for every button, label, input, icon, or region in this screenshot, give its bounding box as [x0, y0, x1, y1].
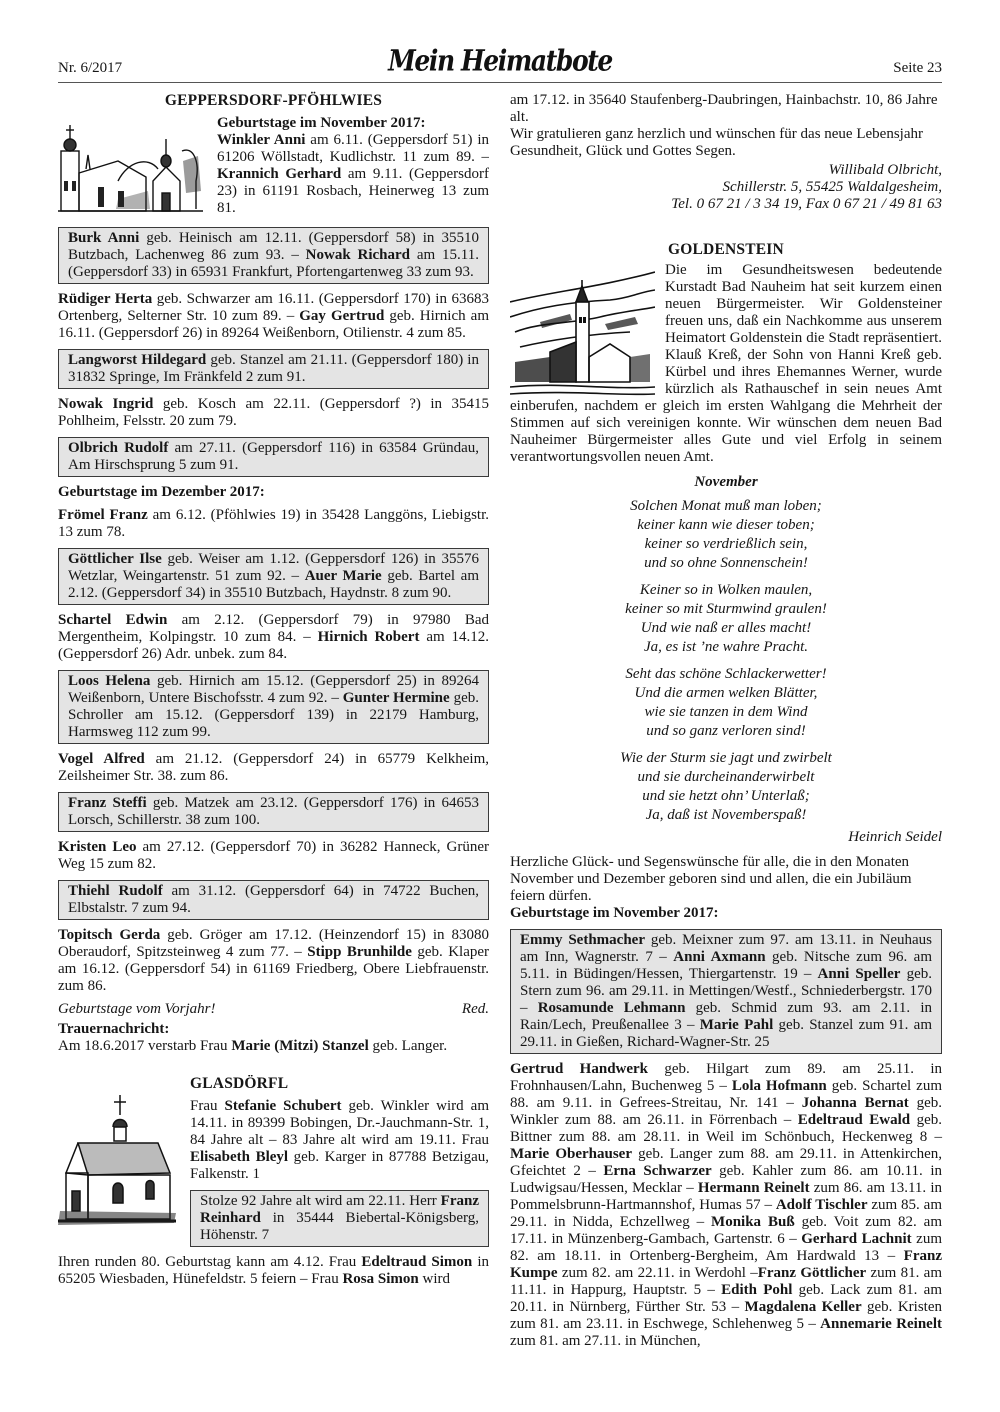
mourning-heading: Trauernachricht: [58, 1021, 489, 1038]
person-name: Monika Buß [711, 1214, 795, 1230]
text: wird [419, 1271, 450, 1287]
person-name: Vogel Alfred [58, 751, 145, 767]
poem-line: Und die armen welken Blätter, [510, 684, 942, 703]
person-name: Nowak Ingrid [58, 396, 153, 412]
highlighted-birthday-entry: Olbrich Rudolf am 27.11. (Geppersdorf 11… [58, 437, 489, 477]
november-highlight-box: Emmy Sethmacher geb. Meixner zum 97. am … [510, 929, 942, 1054]
highlighted-birthday-entry: Burk Anni geb. Heinisch am 12.11. (Geppe… [58, 227, 489, 284]
person-name: Kristen Leo [58, 839, 137, 855]
poem-line: Keiner so in Wolken maulen, [510, 581, 942, 600]
text: Frau [190, 1098, 225, 1114]
poem-line: und sie hetzt ohn’ Unterlaß; [510, 787, 942, 806]
continuation-text: am 17.12. in 35640 Staufenberg-Daubringe… [510, 92, 942, 126]
poem-author: Heinrich Seidel [510, 829, 942, 846]
person-name: Anni Speller [818, 966, 901, 982]
text: Ihren runden 80. Geburtstag kann am 4.12… [58, 1254, 361, 1270]
birthday-entry: Topitsch Gerda geb. Gröger am 17.12. (He… [58, 927, 489, 995]
person-name: Anni Axmann [673, 949, 765, 965]
poem-stanza: Solchen Monat muß man loben; keiner kann… [510, 497, 942, 573]
left-column: GEPPERSDORF-PFÖHLWIES [58, 92, 489, 1288]
poem-line: Ja, daß ist Novemberspaß! [510, 806, 942, 825]
signature-name: Willibald Olbricht, [510, 162, 942, 179]
mourning-text: Am 18.6.2017 verstarb Frau Marie (Mitzi)… [58, 1038, 489, 1055]
person-name: Erna Schwarzer [603, 1163, 711, 1179]
person-name: Gertrud Handwerk [510, 1061, 648, 1077]
person-name: Winkler Anni [217, 132, 305, 148]
person-name: Johanna Bernat [802, 1095, 909, 1111]
poem-line: und sie durcheinanderwirbelt [510, 768, 942, 787]
person-name: Stipp Brunhilde [307, 944, 412, 960]
person-name: Göttlicher Ilse [68, 551, 162, 567]
village-church-illustration-icon [58, 121, 203, 216]
highlighted-birthday-entry: Göttlicher Ilse geb. Weiser am 1.12. (Ge… [58, 548, 489, 605]
person-name: Franz Steffi [68, 795, 147, 811]
person-name: Auer Marie [305, 568, 382, 584]
entry-text: zum 82. am 22.11. in Werdohl – [558, 1265, 758, 1281]
person-name: Adolf Tischler [776, 1197, 868, 1213]
person-name: Franz Göttlicher [758, 1265, 866, 1281]
page-header: Nr. 6/2017 Mein Heimatbote Seite 23 [58, 50, 942, 83]
birthday-entry: Vogel Alfred am 21.12. (Geppersdorf 24) … [58, 751, 489, 785]
section-title-goldenstein: GOLDENSTEIN [668, 241, 942, 258]
chapel-illustration-icon [58, 1093, 176, 1233]
person-name: Krannich Gerhard [217, 166, 341, 182]
right-column: am 17.12. in 35640 Staufenberg-Daubringe… [510, 92, 942, 1350]
poem-stanza: Seht das schöne Schlackerwetter! Und die… [510, 665, 942, 741]
person-name: Elisabeth Bleyl [190, 1149, 288, 1165]
masthead-logo: Mein Heimatbote [388, 44, 612, 77]
person-name: Olbrich Rudolf [68, 440, 168, 456]
town-church-illustration-icon [510, 262, 655, 397]
highlighted-birthday-entry: Thiehl Rudolf am 31.12. (Geppersdorf 64)… [58, 880, 489, 920]
highlight-box: Stolze 92 Jahre alt wird am 22.11. Herr … [190, 1190, 489, 1247]
november-heading-right: Geburtstage im November 2017: [510, 905, 942, 922]
person-name: Lola Hofmann [732, 1078, 827, 1094]
person-name: Hermann Reinelt [698, 1180, 810, 1196]
birthday-entry: Kristen Leo am 27.12. (Geppersdorf 70) i… [58, 839, 489, 873]
editor-note: Geburtstage vom Vorjahr! Red. [58, 1001, 489, 1018]
poem-stanza: Wie der Sturm sie jagt und zwirbelt und … [510, 749, 942, 825]
person-name: Emmy Sethmacher [520, 932, 645, 948]
december-heading: Geburtstage im Dezember 2017: [58, 484, 489, 501]
person-name: Burk Anni [68, 230, 139, 246]
author-signature: Willibald Olbricht, Schillerstr. 5, 5542… [510, 162, 942, 213]
birthday-entry: Nowak Ingrid geb. Kosch am 22.11. (Geppe… [58, 396, 489, 430]
person-name: Rosa Simon [342, 1271, 418, 1287]
person-name: Thiehl Rudolf [68, 883, 163, 899]
person-name: Marie (Mitzi) Stanzel [231, 1038, 368, 1054]
person-name: Loos Helena [68, 673, 150, 689]
note-signature: Red. [462, 1001, 489, 1018]
person-name: Langworst Hildegard [68, 352, 206, 368]
person-name: Schartel Edwin [58, 612, 167, 628]
person-name: Topitsch Gerda [58, 927, 160, 943]
highlighted-birthday-entry: Loos Helena geb. Hirnich am 15.12. (Gepp… [58, 670, 489, 744]
person-name: Stefanie Schubert [225, 1098, 342, 1114]
poem-line: keiner so mit Sturmwind graulen! [510, 600, 942, 619]
person-name: Marie Pahl [700, 1017, 774, 1033]
person-name: Hirnich Robert [318, 629, 420, 645]
person-name: Rosamunde Lehmann [538, 1000, 686, 1016]
poem-line: Ja, es ist ’ne wahre Pracht. [510, 638, 942, 657]
glasdoerfl-text-2: Ihren runden 80. Geburtstag kann am 4.12… [58, 1254, 489, 1288]
section-title-geppersdorf: GEPPERSDORF-PFÖHLWIES [58, 92, 489, 109]
text: Stolze 92 Jahre alt wird am 22.11. Herr [200, 1193, 441, 1209]
december-entries: Frömel Franz am 6.12. (Pföhlwies 19) in … [58, 507, 489, 995]
page-number: Seite 23 [893, 60, 942, 77]
poem: Solchen Monat muß man loben; keiner kann… [510, 497, 942, 825]
person-name: Gerhard Lachnit [801, 1231, 911, 1247]
poem-line: Solchen Monat muß man loben; [510, 497, 942, 516]
person-name: Gunter Hermine [343, 690, 450, 706]
november-list: Gertrud Handwerk geb. Hilgart zum 89. am… [510, 1061, 942, 1350]
highlighted-birthday-entry: Franz Steffi geb. Matzek am 23.12. (Gepp… [58, 792, 489, 832]
issue-number: Nr. 6/2017 [58, 60, 122, 77]
poem-line: und so ganz verloren sind! [510, 722, 942, 741]
poem-line: keiner so verdrießlich sein, [510, 535, 942, 554]
greeting-text: Herzliche Glück- und Segenswünsche für a… [510, 854, 942, 905]
mourning-post: geb. Langer. [369, 1038, 447, 1054]
signature-address: Schillerstr. 5, 55425 Waldalgesheim, [510, 179, 942, 196]
birthday-entry: Frömel Franz am 6.12. (Pföhlwies 19) in … [58, 507, 489, 541]
person-name: Edith Pohl [721, 1282, 792, 1298]
person-name: Rüdiger Herta [58, 291, 152, 307]
poem-line: Seht das schöne Schlackerwetter! [510, 665, 942, 684]
poem-line: und so ohne Sonnenschein! [510, 554, 942, 573]
birthday-entry: Schartel Edwin am 2.12. (Geppersdorf 79)… [58, 612, 489, 663]
birthday-entry: Rüdiger Herta geb. Schwarzer am 16.11. (… [58, 291, 489, 342]
mourning-pre: Am 18.6.2017 verstarb Frau [58, 1038, 231, 1054]
highlighted-birthday-entry: Langworst Hildegard geb. Stanzel am 21.1… [58, 349, 489, 389]
person-name: Annemarie Reinelt [820, 1316, 942, 1332]
poem-stanza: Keiner so in Wolken maulen, keiner so mi… [510, 581, 942, 657]
poem-line: keiner kann wie dieser toben; [510, 516, 942, 535]
signature-phone: Tel. 0 67 21 / 3 34 19, Fax 0 67 21 / 49… [510, 196, 942, 213]
person-name: Magdalena Keller [745, 1299, 862, 1315]
person-name: Frömel Franz [58, 507, 148, 523]
geppersdorf-intro: Geburtstage im November 2017: Winkler An… [58, 115, 489, 220]
wishes-text: Wir gratulieren ganz herzlich und wünsch… [510, 126, 942, 160]
november-entries: Burk Anni geb. Heinisch am 12.11. (Geppe… [58, 227, 489, 477]
entry-text: zum 81. am 27.11. in München, [510, 1333, 701, 1349]
poem-line: wie sie tanzen in dem Wind [510, 703, 942, 722]
note-text: Geburtstage vom Vorjahr! [58, 1001, 216, 1018]
poem-title: November [510, 474, 942, 491]
person-name: Gay Gertrud [299, 308, 384, 324]
glasdoerfl-section: GLASDÖRFL Frau Stefanie Schubert geb. Wi… [58, 1075, 489, 1254]
person-name: Edeltraud Simon [361, 1254, 472, 1270]
poem-line: Wie der Sturm sie jagt und zwirbelt [510, 749, 942, 768]
person-name: Edeltraud Ewald [798, 1112, 910, 1128]
poem-line: Und wie naß er alles macht! [510, 619, 942, 638]
person-name: Marie Oberhauser [510, 1146, 632, 1162]
section-title-glasdoerfl: GLASDÖRFL [88, 1075, 489, 1092]
person-name: Nowak Richard [306, 247, 410, 263]
goldenstein-section: Die im Gesundheitswesen bedeutende Kurst… [510, 262, 942, 466]
